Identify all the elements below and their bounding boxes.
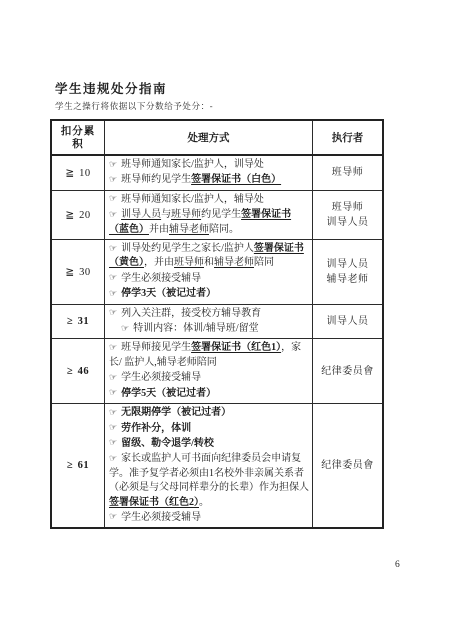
pointing-hand-icon: ☞ xyxy=(109,342,117,352)
method-text: 无限期停学（被记过者） xyxy=(121,407,231,418)
method-text: 。 xyxy=(199,497,209,508)
table-row: ≧30☞训导处约见学生之家长/监护人签署保证书（黄色），并由班导师和辅导老师陪同… xyxy=(51,240,383,305)
method-text: 劳作补分，体训 xyxy=(121,423,191,434)
executor-name: 班导师 xyxy=(314,200,381,215)
method-text: 辅导老师 xyxy=(169,224,209,235)
greater-equal-icon: ≥ xyxy=(67,366,73,377)
executor-cell: 班导师 xyxy=(313,155,384,190)
points-threshold-cell: ≧10 xyxy=(51,155,105,190)
pointing-hand-icon: ☞ xyxy=(109,272,117,282)
executor-name: 纪律委员會 xyxy=(314,458,381,473)
method-text: 留级、勒令退学/转校 xyxy=(121,438,214,449)
method-text: 辅导老师 xyxy=(214,257,254,268)
method-text: 训导人员 xyxy=(121,209,161,220)
pointing-hand-icon: ☞ xyxy=(109,243,117,253)
points-threshold-value: 61 xyxy=(78,460,90,471)
method-text: 和 xyxy=(204,257,214,268)
points-threshold-cell: ≧20 xyxy=(51,190,105,239)
pointing-hand-icon: ☞ xyxy=(109,174,117,184)
method-text: 并由 xyxy=(149,224,169,235)
executor-name: 训导人员 xyxy=(314,314,381,329)
method-item: ☞特训内容：体训/辅导班/留堂 xyxy=(109,321,309,336)
greater-equal-icon: ≥ xyxy=(67,316,73,327)
pointing-hand-icon: ☞ xyxy=(109,511,117,521)
discipline-points-table: 扣分累积 处理方式 执行者 ≧10☞班导师通知家长/监护人，训导处☞班导师约见学… xyxy=(50,119,384,529)
method-item: ☞班导师接见学生签署保证书（红色1），家长/ 监护人,辅导老师陪同 xyxy=(109,340,309,370)
method-item: ☞训导处约见学生之家长/监护人签署保证书（黄色），并由班导师和辅导老师陪同 xyxy=(109,241,309,271)
handling-method-cell: ☞班导师接见学生签署保证书（红色1），家长/ 监护人,辅导老师陪同☞学生必须接受… xyxy=(105,339,313,404)
executor-name: 辅导老师 xyxy=(314,272,381,287)
executor-cell: 训导人员 xyxy=(313,304,384,339)
method-text: 班导师约见学生 xyxy=(121,174,191,185)
method-text: 班导师通知家长/监护人，辅导处 xyxy=(121,194,264,205)
method-text: 列入关注群，接受校方辅导教育 xyxy=(121,308,261,319)
pointing-hand-icon: ☞ xyxy=(109,437,117,447)
method-text: 陪同 xyxy=(254,257,274,268)
table-header-row: 扣分累积 处理方式 执行者 xyxy=(51,120,383,155)
executor-name: 纪律委员會 xyxy=(314,364,381,379)
pointing-hand-icon: ☞ xyxy=(109,422,117,432)
points-threshold-cell: ≧30 xyxy=(51,240,105,305)
table-row: ≥31☞列入关注群，接受校方辅导教育☞特训内容：体训/辅导班/留堂训导人员 xyxy=(51,304,383,339)
method-item: ☞停学3天（被记过者） xyxy=(109,286,309,301)
executor-cell: 训导人员辅导老师 xyxy=(313,240,384,305)
method-item: ☞劳作补分，体训 xyxy=(109,421,309,436)
handling-method-cell: ☞列入关注群，接受校方辅导教育☞特训内容：体训/辅导班/留堂 xyxy=(105,304,313,339)
points-threshold-value: 10 xyxy=(79,168,91,179)
executor-cell: 班导师训导人员 xyxy=(313,190,384,239)
greater-equal-icon: ≧ xyxy=(65,267,74,278)
greater-equal-icon: ≧ xyxy=(65,168,74,179)
method-item: ☞学生必须接受辅导 xyxy=(109,510,309,525)
pointing-hand-icon: ☞ xyxy=(109,372,117,382)
method-text: 约见学生 xyxy=(201,209,241,220)
method-text: 签署保证书（红色1） xyxy=(191,342,281,353)
method-item: ☞无限期停学（被记过者） xyxy=(109,405,309,420)
column-header-method: 处理方式 xyxy=(105,120,313,155)
method-text: 与 xyxy=(161,209,171,220)
method-text: 停学5天（被记过者） xyxy=(121,388,216,399)
table-row: ≧10☞班导师通知家长/监护人，训导处☞班导师约见学生签署保证书（白色）班导师 xyxy=(51,155,383,190)
executor-cell: 纪律委员會 xyxy=(313,404,384,529)
method-text: 特训内容：体训/辅导班/留堂 xyxy=(133,323,259,334)
method-text: 签署保证书（红色2） xyxy=(109,497,199,508)
handling-method-cell: ☞无限期停学（被记过者）☞劳作补分，体训☞留级、勒令退学/转校☞家长或监护人可书… xyxy=(105,404,313,529)
column-header-points-label: 扣分累积 xyxy=(60,125,96,151)
handling-method-cell: ☞班导师通知家长/监护人，辅导处☞训导人员与班导师约见学生签署保证书（蓝色）并由… xyxy=(105,190,313,239)
table-body: ≧10☞班导师通知家长/监护人，训导处☞班导师约见学生签署保证书（白色）班导师≧… xyxy=(51,155,383,528)
page-subtitle: 学生之操行将依据以下分数给予处分：- xyxy=(55,100,213,112)
pointing-hand-icon: ☞ xyxy=(109,288,117,298)
handling-method-cell: ☞训导处约见学生之家长/监护人签署保证书（黄色），并由班导师和辅导老师陪同☞学生… xyxy=(105,240,313,305)
method-item: ☞家长或监护人可书面向纪律委员会申请复学。准予复学者必须由1名校外非亲属关系者（… xyxy=(109,451,309,510)
column-header-executor: 执行者 xyxy=(313,120,384,155)
points-threshold-cell: ≥46 xyxy=(51,339,105,404)
method-text: 陪同。 xyxy=(209,224,239,235)
greater-equal-icon: ≥ xyxy=(67,460,73,471)
method-item: ☞学生必须接受辅导 xyxy=(109,370,309,385)
method-item: ☞训导人员与班导师约见学生签署保证书（蓝色）并由辅导老师陪同。 xyxy=(109,207,309,237)
points-threshold-value: 31 xyxy=(78,316,90,327)
points-threshold-value: 30 xyxy=(79,267,91,278)
pointing-hand-icon: ☞ xyxy=(109,407,117,417)
points-threshold-value: 20 xyxy=(79,210,91,221)
pointing-hand-icon: ☞ xyxy=(109,193,117,203)
method-text: 学生必须接受辅导 xyxy=(121,512,201,523)
pointing-hand-icon: ☞ xyxy=(109,159,117,169)
table-row: ≥61☞无限期停学（被记过者）☞劳作补分，体训☞留级、勒令退学/转校☞家长或监护… xyxy=(51,404,383,529)
document-page: 学生违规处分指南 学生之操行将依据以下分数给予处分：- 扣分累积 处理方式 执行… xyxy=(0,0,452,640)
points-threshold-value: 46 xyxy=(78,366,90,377)
method-item: ☞班导师通知家长/监护人，训导处 xyxy=(109,157,309,172)
method-item: ☞停学5天（被记过者） xyxy=(109,386,309,401)
page-title: 学生违规处分指南 xyxy=(55,79,167,97)
executor-name: 训导人员 xyxy=(314,257,381,272)
points-threshold-cell: ≥61 xyxy=(51,404,105,529)
pointing-hand-icon: ☞ xyxy=(109,209,117,219)
executor-name: 训导人员 xyxy=(314,215,381,230)
pointing-hand-icon: ☞ xyxy=(109,307,117,317)
method-text: 家长或监护人可书面向纪律委员会申请复学。准予复学者必须由1名校外非亲属关系者（必… xyxy=(109,453,309,493)
table-row: ≥46☞班导师接见学生签署保证书（红色1），家长/ 监护人,辅导老师陪同☞学生必… xyxy=(51,339,383,404)
method-text: ，并由 xyxy=(144,257,174,268)
points-threshold-cell: ≥31 xyxy=(51,304,105,339)
pointing-hand-icon: ☞ xyxy=(121,323,129,333)
method-text: 学生必须接受辅导 xyxy=(121,372,201,383)
table-row: ≧20☞班导师通知家长/监护人，辅导处☞训导人员与班导师约见学生签署保证书（蓝色… xyxy=(51,190,383,239)
page-number: 6 xyxy=(395,560,400,570)
executor-name: 班导师 xyxy=(314,165,381,180)
method-text: 签署保证书（白色） xyxy=(191,174,281,185)
column-header-points: 扣分累积 xyxy=(51,120,105,155)
method-text: 训导处约见学生之家长/监护人 xyxy=(121,243,254,254)
method-item: ☞列入关注群，接受校方辅导教育 xyxy=(109,306,309,321)
pointing-hand-icon: ☞ xyxy=(109,387,117,397)
greater-equal-icon: ≧ xyxy=(65,210,74,221)
method-item: ☞班导师约见学生签署保证书（白色） xyxy=(109,172,309,187)
method-text: 学生必须接受辅导 xyxy=(121,273,201,284)
pointing-hand-icon: ☞ xyxy=(109,453,117,463)
method-text: 停学3天（被记过者） xyxy=(121,288,216,299)
method-item: ☞学生必须接受辅导 xyxy=(109,271,309,286)
method-item: ☞班导师通知家长/监护人，辅导处 xyxy=(109,192,309,207)
method-text: 班导师 xyxy=(174,257,204,268)
executor-cell: 纪律委员會 xyxy=(313,339,384,404)
method-text: 班导师通知家长/监护人，训导处 xyxy=(121,159,264,170)
method-text: 班导师接见学生 xyxy=(121,342,191,353)
method-item: ☞留级、勒令退学/转校 xyxy=(109,436,309,451)
method-text: 班导师 xyxy=(171,209,201,220)
handling-method-cell: ☞班导师通知家长/监护人，训导处☞班导师约见学生签署保证书（白色） xyxy=(105,155,313,190)
